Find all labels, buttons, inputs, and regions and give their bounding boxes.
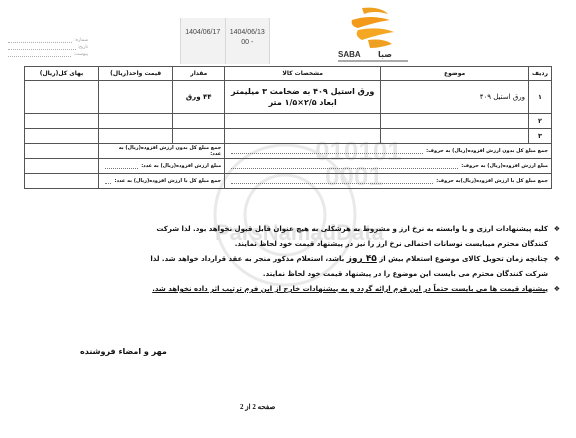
header-subject: موضوع — [381, 67, 529, 81]
cell-index: ۲ — [529, 114, 552, 129]
spec-line-1: ورق استیل ۴۰۹ به ضخامت ۳ میلیمتر — [228, 86, 377, 97]
cell-spec — [225, 129, 381, 144]
cell-index: ۳ — [529, 129, 552, 144]
header-spec: مشخصات کالا — [225, 67, 381, 81]
spec-line-2: ابعاد ۲/۵×۱/۵ متر — [228, 97, 377, 108]
inquiry-table: ردیف موضوع مشخصات کالا مقدار قیمت واحد(ر… — [24, 66, 552, 189]
subtotal-words[interactable]: جمع مبلغ کل بدون ارزش افزوده(ریال) به حر… — [225, 144, 552, 159]
cell-spec — [225, 114, 381, 129]
header-quantity: مقدار — [173, 67, 225, 81]
note-currency: ❖ کلیه پیشنهادات ارزی و یا وابسته به نرخ… — [140, 222, 560, 252]
cell-subject: ورق استیل ۴۰۹ — [381, 81, 529, 114]
meta-date: تاریخ: — [8, 43, 88, 50]
cell-quantity — [173, 129, 225, 144]
cell-quantity: ۴۴ ورق — [173, 81, 225, 114]
vat-words[interactable]: مبلغ ارزش افزوده(ریال) به حروف: — [225, 159, 552, 174]
terms-notes: ❖ کلیه پیشنهادات ارزی و یا وابسته به نرخ… — [140, 222, 560, 297]
header-total-price: بهای کل(ریال) — [25, 67, 99, 81]
date-due: 1404/06/17 — [181, 18, 225, 64]
note-form-required: ❖ پیشنهاد قیمت ها می بایست حتماً در این … — [140, 282, 560, 297]
table-header-row: ردیف موضوع مشخصات کالا مقدار قیمت واحد(ر… — [25, 67, 552, 81]
page-number: صفحه 2 از 2 — [240, 403, 275, 411]
vat-number[interactable]: مبلغ ارزش افزوده(ریال) به عدد: — [99, 159, 225, 174]
summary-row-total: جمع مبلغ کل با ارزش افزوده(ریال)به حروف:… — [25, 174, 552, 189]
meta-attachment: پیوست: — [8, 50, 88, 57]
meta-number: شماره: — [8, 36, 88, 43]
svg-text:صبا: صبا — [378, 50, 392, 59]
summary-row-subtotal: جمع مبلغ کل بدون ارزش افزوده(ریال) به حر… — [25, 144, 552, 159]
diamond-bullet-icon: ❖ — [554, 252, 560, 267]
diamond-bullet-icon: ❖ — [554, 222, 560, 237]
seller-signature-label: مهر و امضاء فروشنده — [80, 347, 167, 356]
table-row: ۲ — [25, 114, 552, 129]
cell-subject — [381, 129, 529, 144]
cell-quantity — [173, 114, 225, 129]
subtotal-value[interactable] — [25, 144, 99, 159]
cell-total-price[interactable] — [25, 129, 99, 144]
logo-text: SABA — [338, 50, 361, 59]
delivery-days: ۴۵ روز — [347, 254, 377, 264]
cell-unit-price[interactable] — [99, 81, 173, 114]
total-value[interactable] — [25, 174, 99, 189]
letter-meta: شماره: تاریخ: پیوست: — [8, 36, 88, 57]
cell-unit-price[interactable] — [99, 114, 173, 129]
note-delivery: ❖ چنانچه زمان تحویل کالای موضوع استعلام … — [140, 252, 560, 282]
saba-logo: SABA صبا — [318, 4, 428, 66]
cell-spec: ورق استیل ۴۰۹ به ضخامت ۳ میلیمتر ابعاد ۲… — [225, 81, 381, 114]
date-issued: 1404/06/1300 - — [225, 18, 270, 64]
summary-row-vat: مبلغ ارزش افزوده(ریال) به حروف: مبلغ ارز… — [25, 159, 552, 174]
header-index: ردیف — [529, 67, 552, 81]
cell-total-price[interactable] — [25, 114, 99, 129]
date-box: 1404/06/17 1404/06/1300 - — [180, 18, 270, 64]
cell-total-price[interactable] — [25, 81, 99, 114]
subtotal-number[interactable]: جمع مبلغ کل بدون ارزش افزوده(ریال) به عد… — [99, 144, 225, 159]
vat-value[interactable] — [25, 159, 99, 174]
diamond-bullet-icon: ❖ — [554, 282, 560, 297]
header-unit-price: قیمت واحد(ریال) — [99, 67, 173, 81]
cell-unit-price[interactable] — [99, 129, 173, 144]
total-words[interactable]: جمع مبلغ کل با ارزش افزوده(ریال)به حروف: — [225, 174, 552, 189]
cell-index: ۱ — [529, 81, 552, 114]
table-row: ۳ — [25, 129, 552, 144]
table-row: ۱ ورق استیل ۴۰۹ ورق استیل ۴۰۹ به ضخامت ۳… — [25, 81, 552, 114]
total-number[interactable]: جمع مبلغ کل با ارزش افزوده(ریال) به عدد: — [99, 174, 225, 189]
cell-subject — [381, 114, 529, 129]
